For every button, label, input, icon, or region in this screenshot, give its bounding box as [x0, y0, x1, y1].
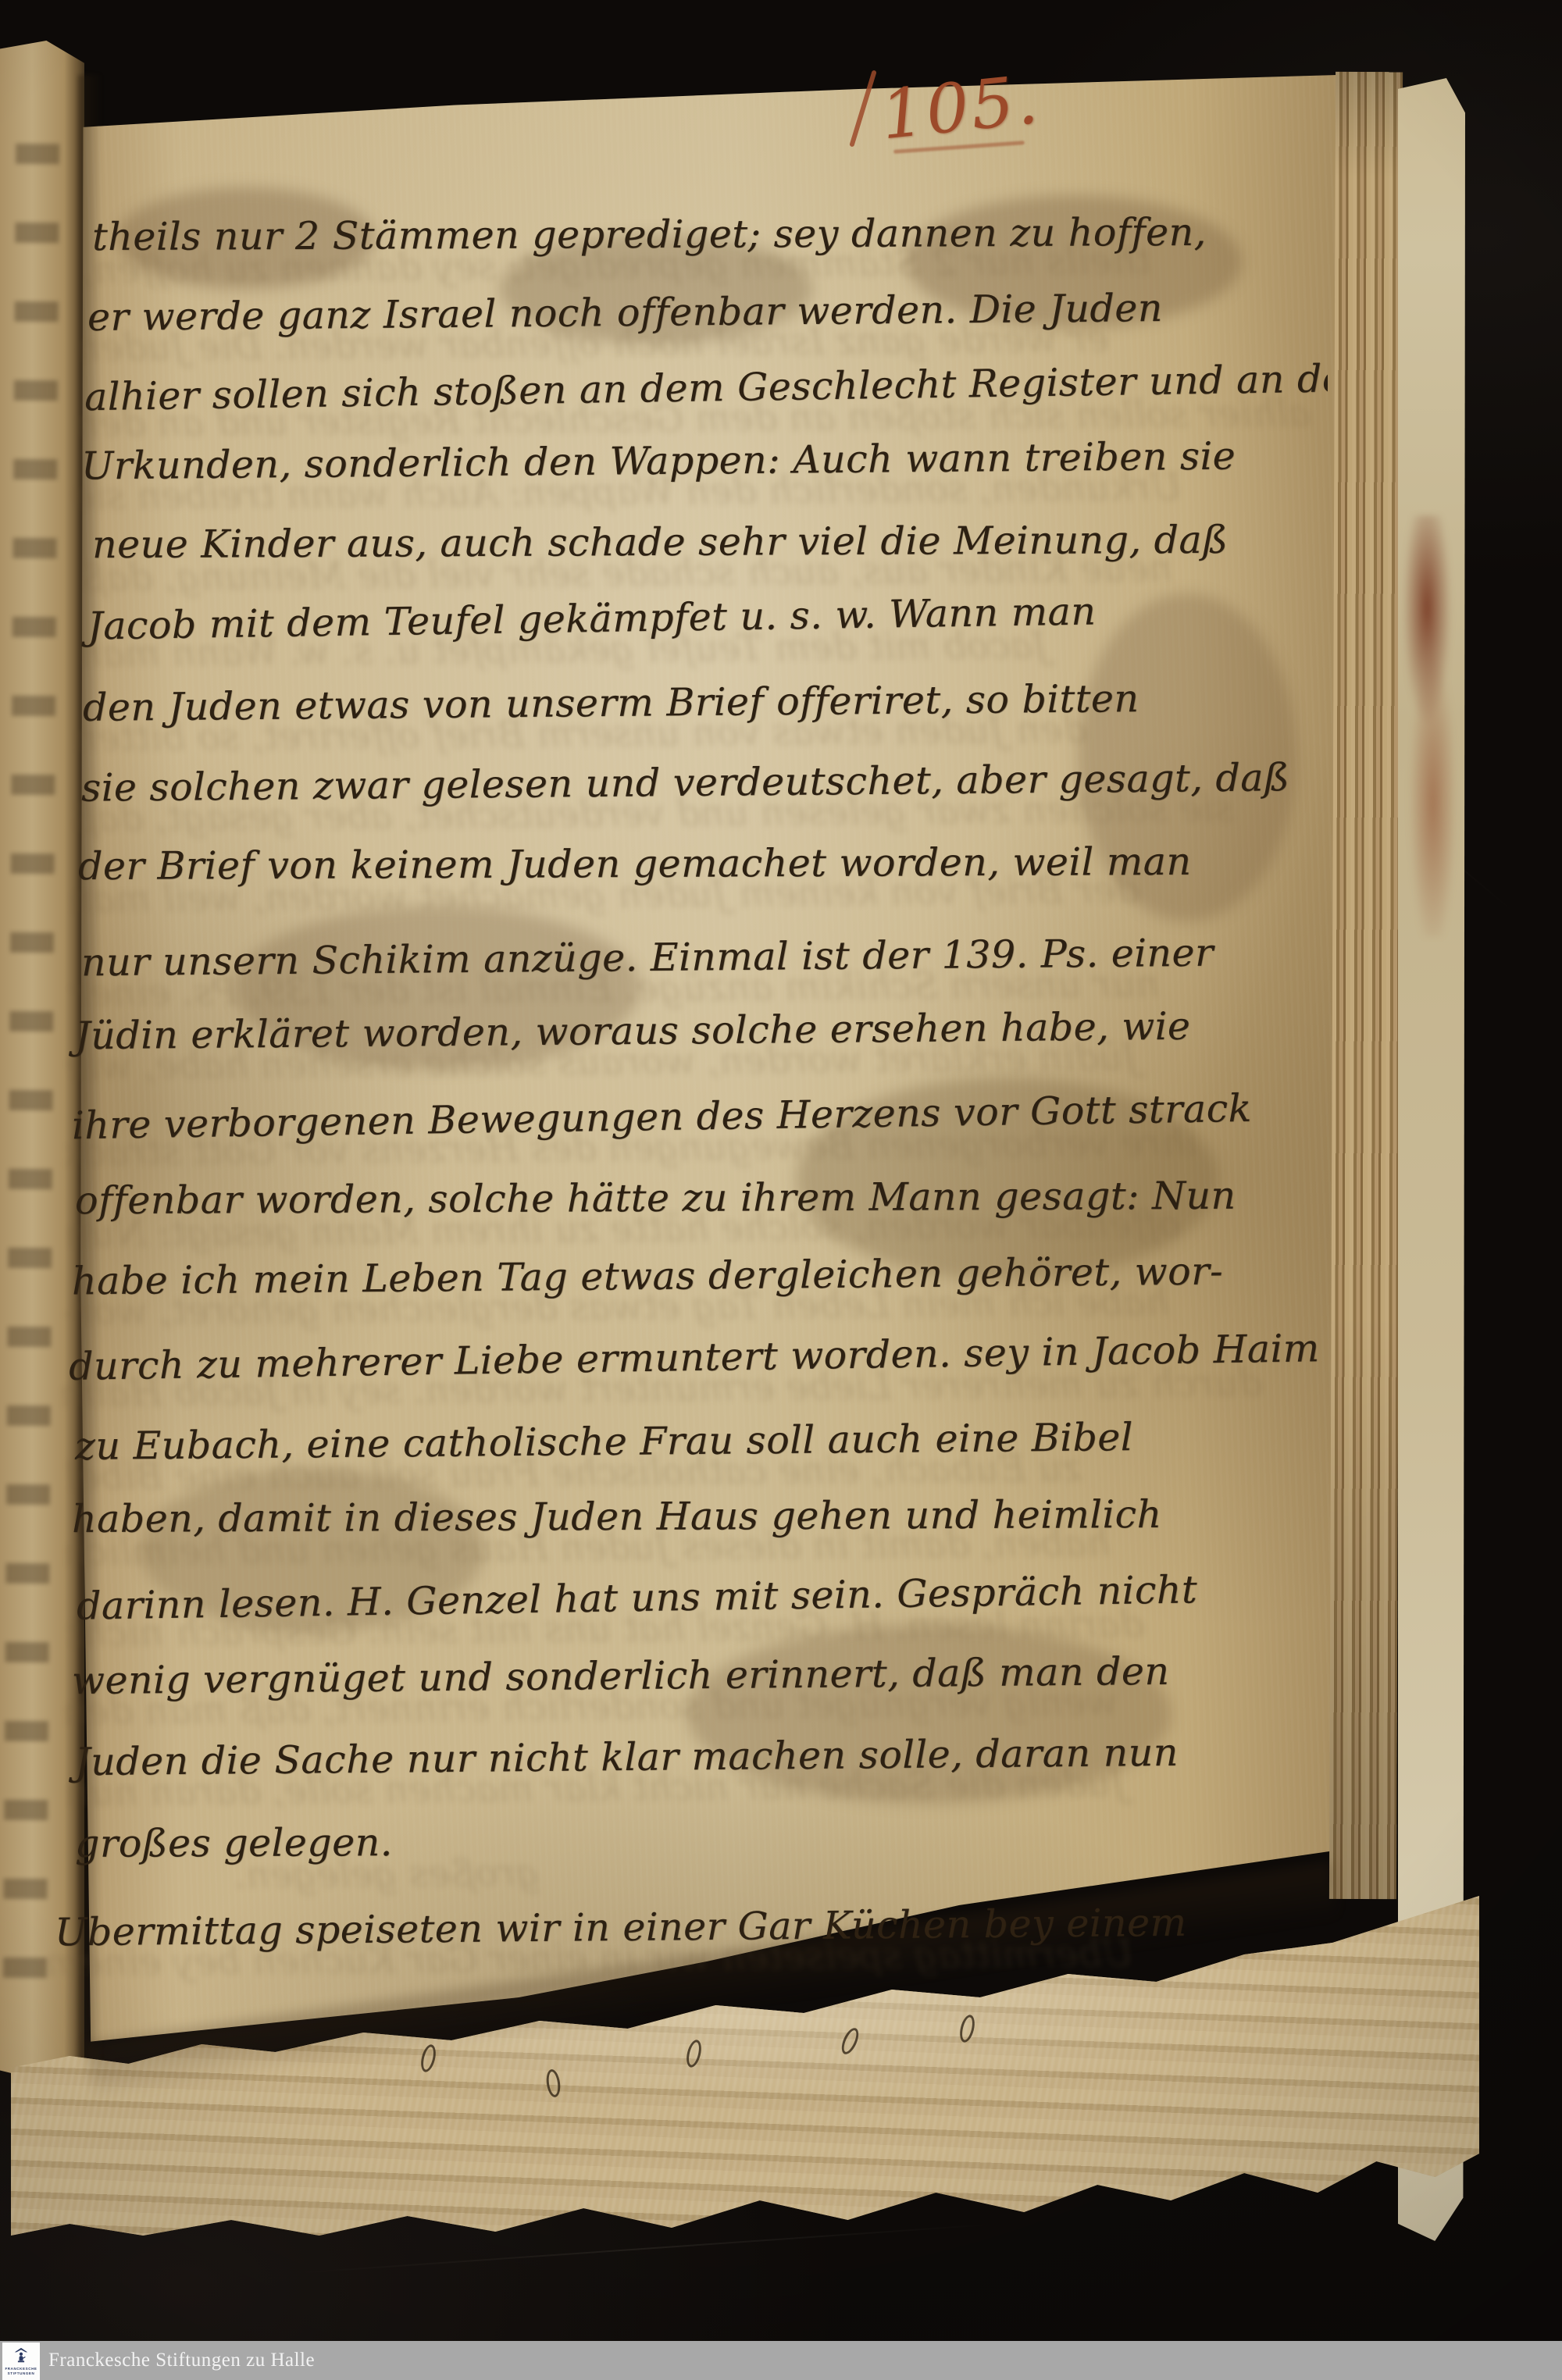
manuscript-line: haben, damit in dieses Juden Haus gehen … — [72, 1492, 1162, 1541]
manuscript-line: zu Eubach, eine catholische Frau soll au… — [75, 1415, 1133, 1469]
manuscript-line: den Juden etwas von unserm Brief offerir… — [83, 676, 1139, 730]
attribution-bar: Franckesche Stiftungen zu Halle — [0, 2341, 1562, 2380]
manuscript-line: durch zu mehrerer Liebe ermuntert worden… — [69, 1326, 1320, 1389]
fore-edge-page-stack — [1329, 72, 1403, 1899]
handwriting-layer: theils nur 2 Stämmen geprediget; sey dan… — [0, 0, 1328, 2083]
attribution-text: Franckesche Stiftungen zu Halle — [48, 2341, 315, 2380]
manuscript-line: nur unsern Schikim anzüge. Einmal ist de… — [81, 931, 1214, 985]
manuscript-line: habe ich mein Leben Tag etwas dergleiche… — [72, 1249, 1224, 1304]
manuscript-line: ihre verborgenen Bewegungen des Herzens … — [72, 1086, 1253, 1148]
manuscript-line: Urkunden, sonderlich den Wappen: Auch wa… — [81, 434, 1236, 489]
manuscript-line: Jüdin erkläret worden, woraus solche ers… — [75, 1004, 1191, 1058]
manuscript-line: darinn lesen. H. Genzel hat uns mit sein… — [77, 1567, 1198, 1628]
francke-monument-icon — [12, 2347, 30, 2366]
manuscript-line: Juden die Sache nur nicht klar machen so… — [75, 1730, 1179, 1784]
manuscript-line: der Brief von keinem Juden gemachet word… — [78, 839, 1192, 889]
manuscript-line: er werde ganz Israel noch offenbar werde… — [87, 286, 1163, 340]
logo-text-line1: FRANCKESCHE — [5, 2367, 37, 2371]
franckesche-stiftungen-logo: FRANCKESCHE STIFTUNGEN — [2, 2343, 40, 2380]
logo-text-line2: STIFTUNGEN — [8, 2371, 35, 2375]
manuscript-line: theils nur 2 Stämmen geprediget; sey dan… — [92, 210, 1207, 259]
manuscript-line: wenig vergnüget und sonderlich erinnert,… — [72, 1649, 1170, 1703]
manuscript-line: offenbar worden, solche hätte zu ihrem M… — [75, 1174, 1236, 1223]
manuscript-line: Jacob mit dem Teufel gekämpfet u. s. w. … — [87, 589, 1097, 648]
backdrop-scratch — [297, 2223, 998, 2274]
manuscript-line: alhier sollen sich stoßen an dem Geschle… — [84, 356, 1328, 419]
manuscript-line: großes gelegen. — [75, 1820, 393, 1866]
cover-red-patch — [1401, 515, 1459, 937]
manuscript-scan: theils nur 2 Stämmen geprediget; sey dan… — [0, 0, 1562, 2380]
manuscript-line: neue Kinder aus, auch schade sehr viel d… — [92, 518, 1229, 567]
manuscript-line: sie solchen zwar gelesen und verdeutsche… — [81, 755, 1290, 810]
